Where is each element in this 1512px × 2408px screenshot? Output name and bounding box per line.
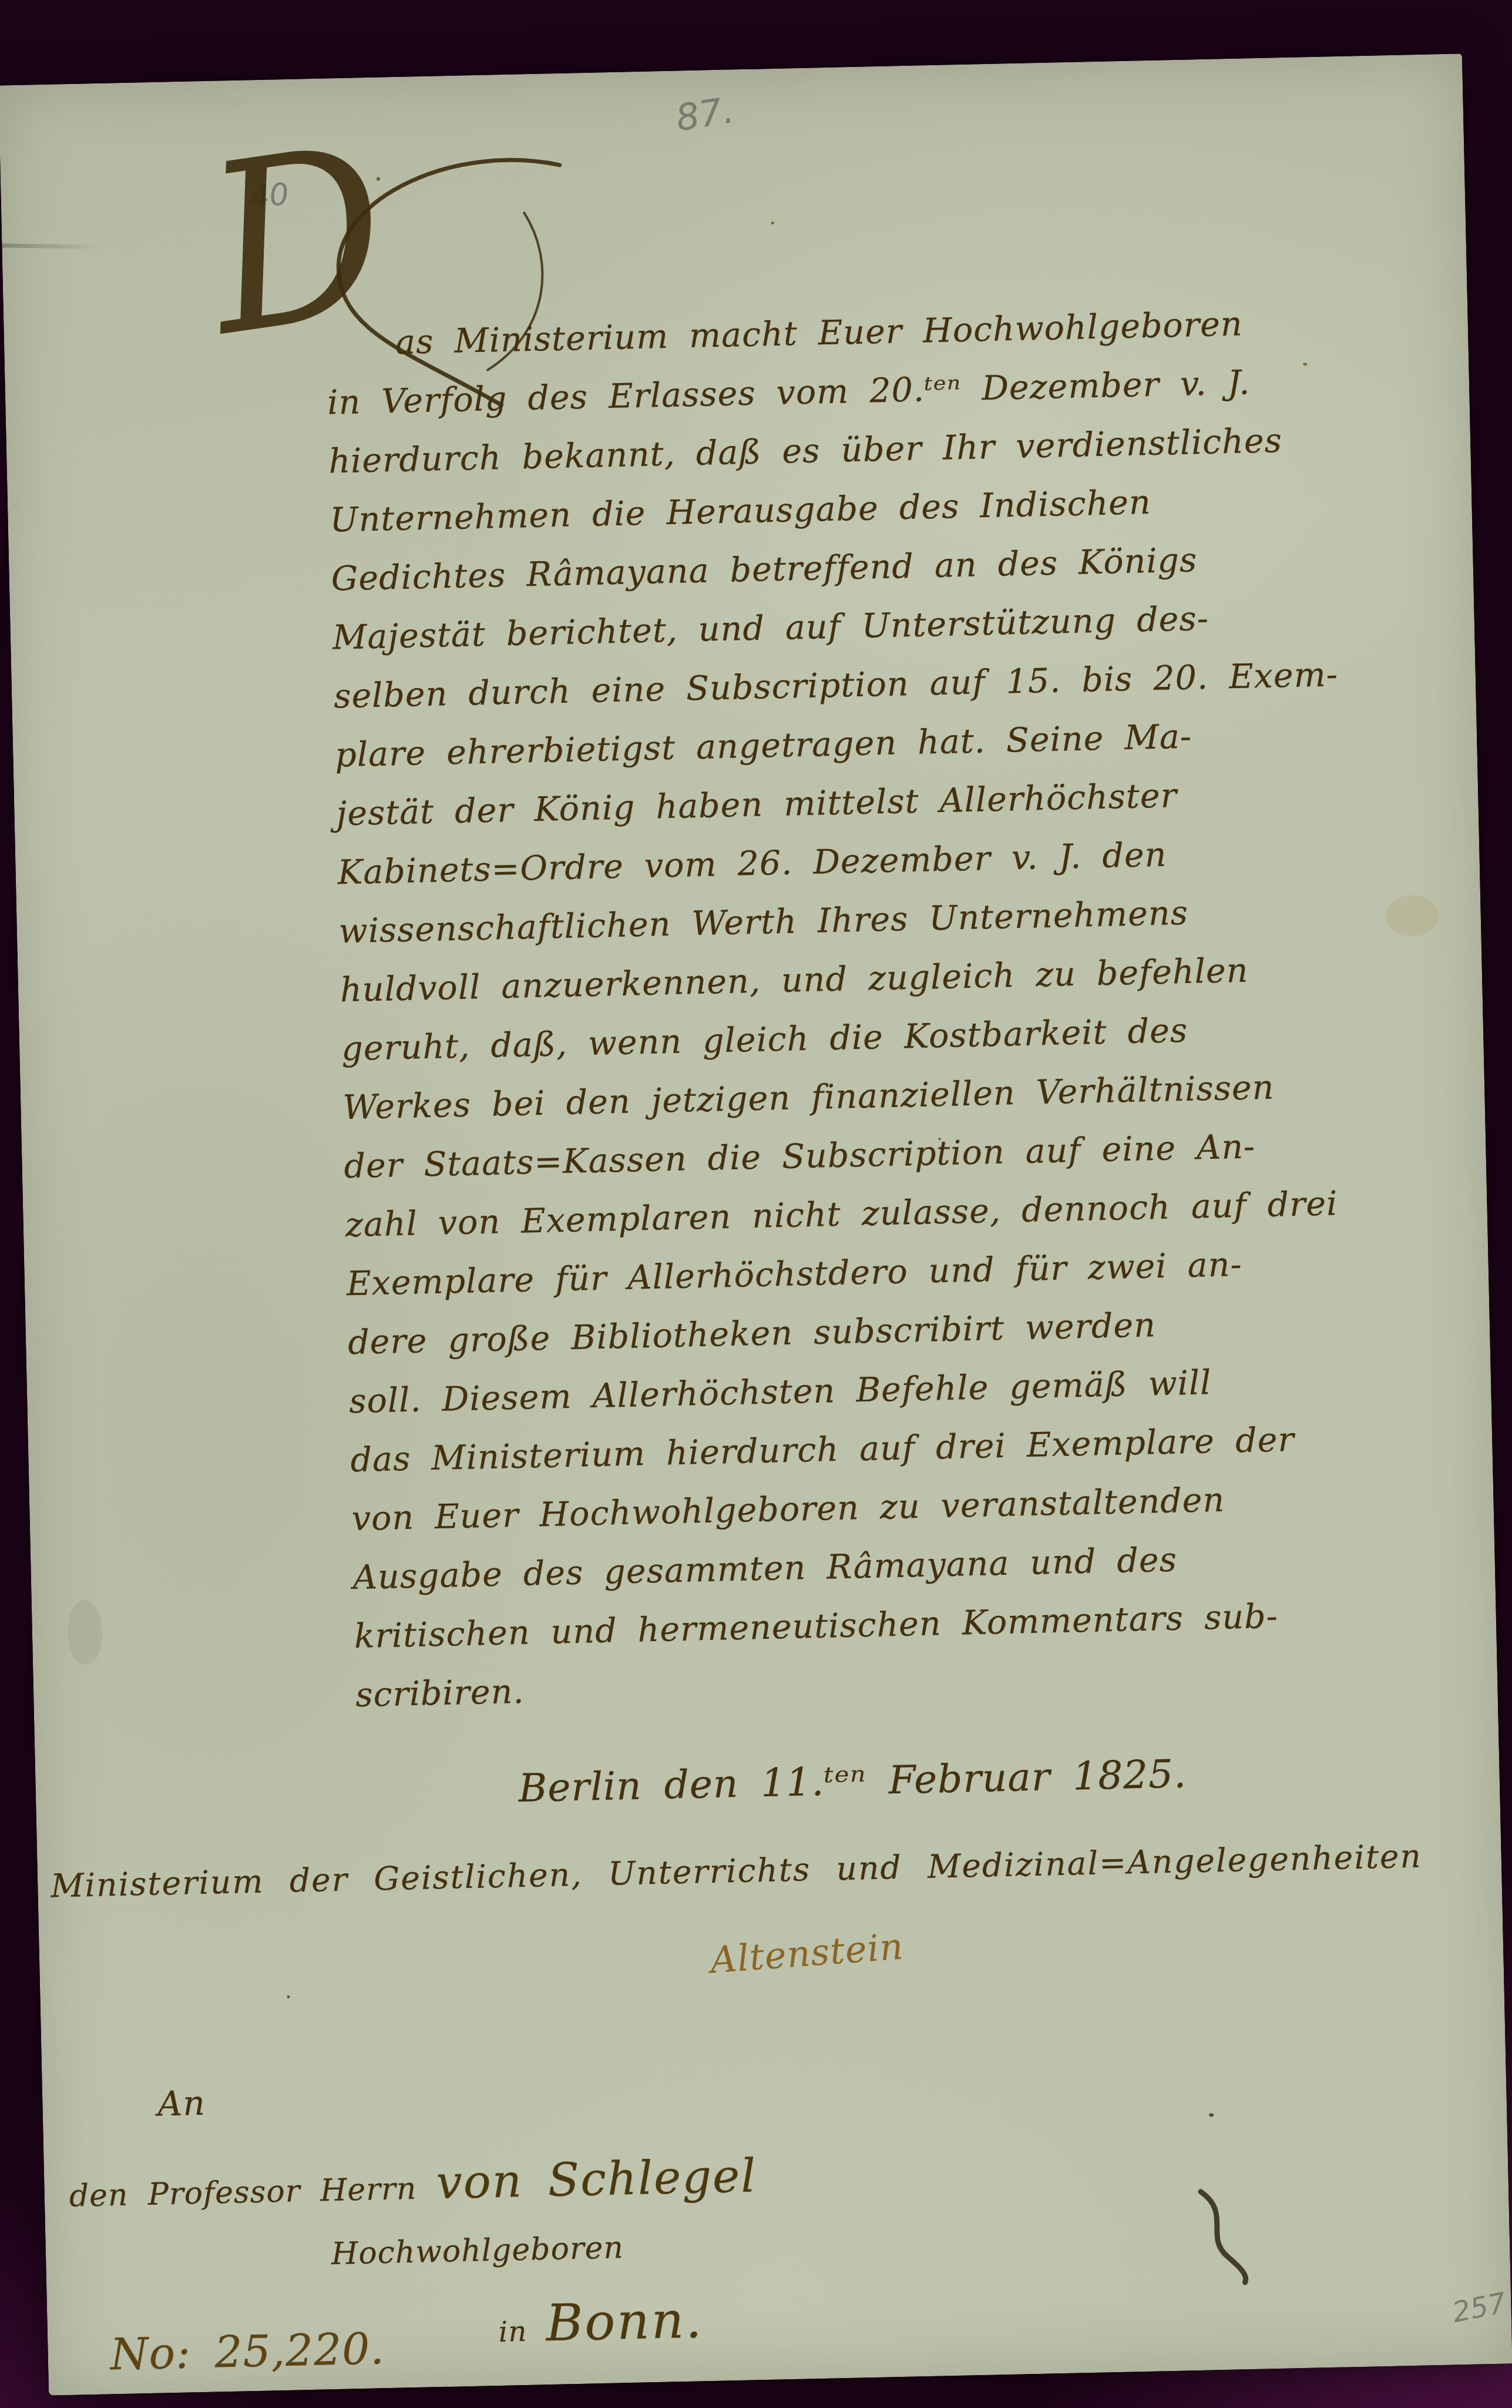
paper-speck xyxy=(771,222,774,224)
ministry-sender-line: Ministerium der Geistlichen, Unterrichts… xyxy=(50,1829,1496,1911)
document-scan-background: 40 87. 257 D as Ministerium macht Euer H… xyxy=(0,0,1512,2408)
paper-fiber-mark xyxy=(1190,2186,1257,2287)
letter-paper: 40 87. 257 D as Ministerium macht Euer H… xyxy=(0,53,1512,2395)
registry-number: No: 25,220. xyxy=(110,2323,385,2380)
pencil-archive-number: 257 xyxy=(1450,2286,1509,2329)
paper-speck xyxy=(287,1996,290,1998)
paper-stain xyxy=(67,1599,103,1665)
letter-body: as Ministerium macht Euer Hochwohlgebore… xyxy=(325,290,1490,1725)
paper-speck xyxy=(1209,2113,1214,2117)
address-recipient-name: von Schlegel xyxy=(436,2149,757,2209)
address-honorific: Hochwohlgeboren xyxy=(331,2230,624,2272)
paper-crease xyxy=(2,244,102,249)
address-place-city: Bonn. xyxy=(545,2290,704,2353)
address-place-prefix: in xyxy=(498,2315,527,2349)
minister-signature: Altenstein xyxy=(709,1923,905,1984)
address-place-line: in Bonn. xyxy=(498,2290,704,2354)
address-salutation: An xyxy=(157,2083,206,2124)
pencil-page-number: 87. xyxy=(673,88,737,140)
address-recipient-line: den Professor Herrn von Schlegel xyxy=(69,2149,757,2218)
letter-dateline: Berlin den 11.ᵗᵉⁿ Februar 1825. xyxy=(518,1748,1187,1815)
address-recipient-prefix: den Professor Herrn xyxy=(69,2171,417,2214)
